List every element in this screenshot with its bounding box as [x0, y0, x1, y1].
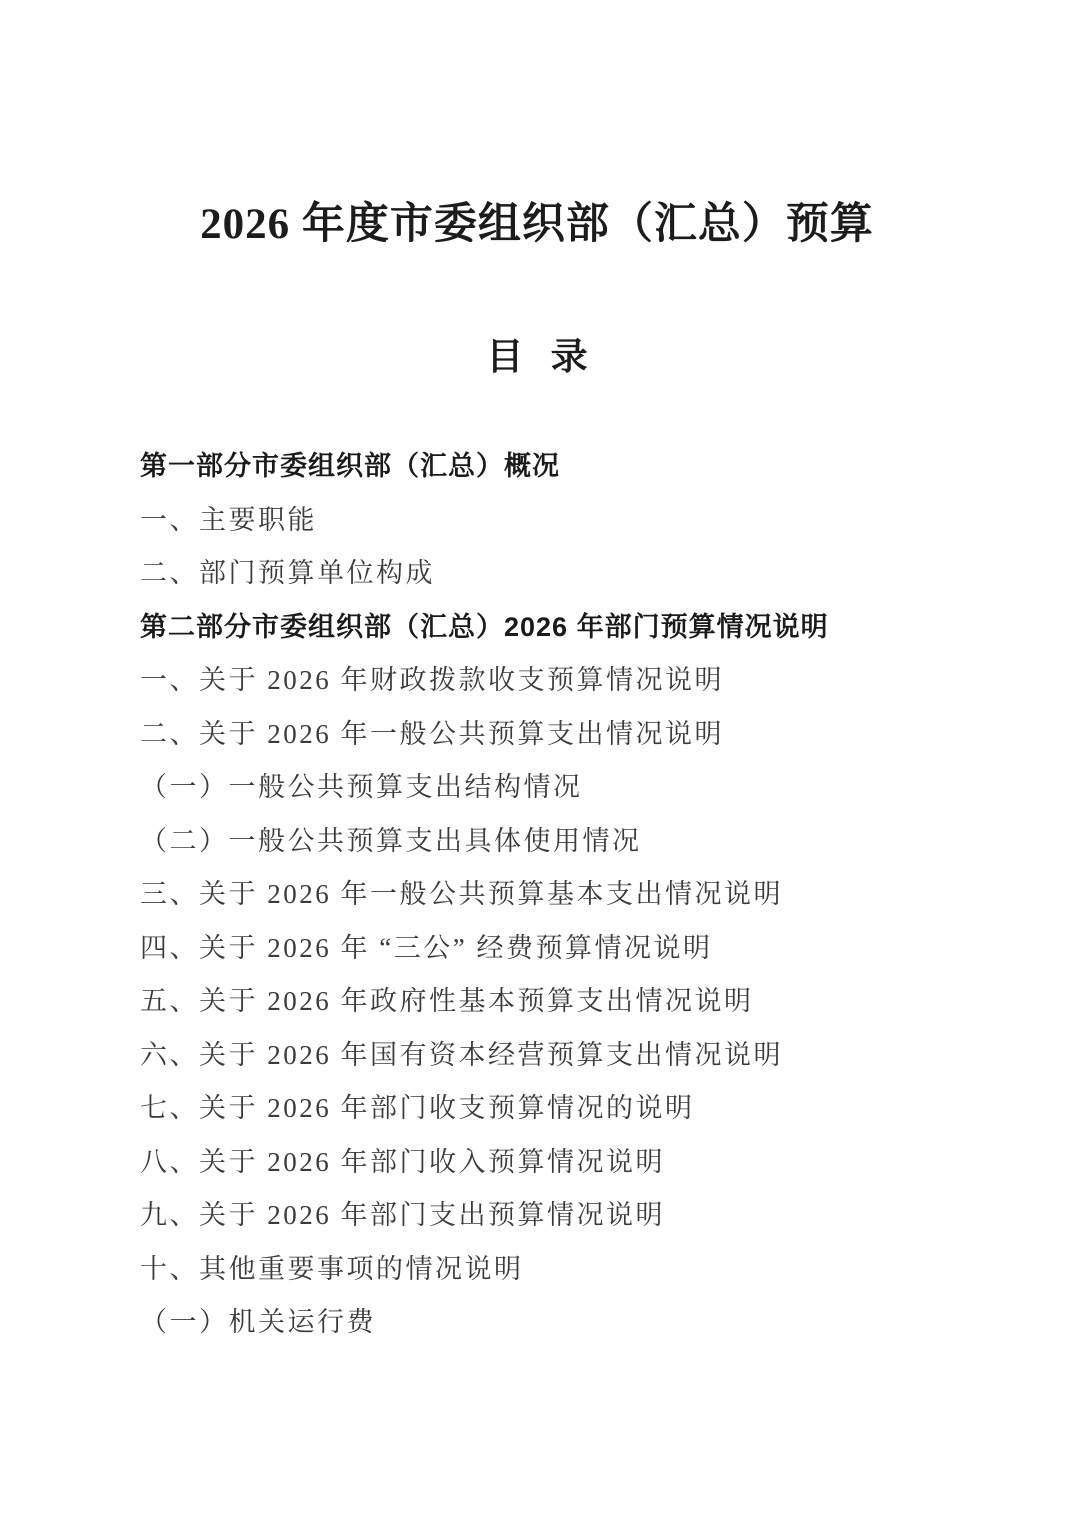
- toc-item: 六、关于 2026 年国有资本经营预算支出情况说明: [140, 1029, 974, 1083]
- toc-sub-item: （一）机关运行费: [140, 1296, 974, 1350]
- document-title: 2026 年度市委组织部（汇总）预算: [0, 190, 1074, 251]
- document-page: 2026 年度市委组织部（汇总）预算 目 录 第一部分市委组织部（汇总）概况 一…: [0, 0, 1074, 1520]
- toc-item: 九、关于 2026 年部门支出预算情况说明: [140, 1189, 974, 1243]
- toc-item: 八、关于 2026 年部门收入预算情况说明: [140, 1136, 974, 1190]
- toc-part-heading: 第一部分市委组织部（汇总）概况: [140, 440, 974, 494]
- toc-item: 二、部门预算单位构成: [140, 547, 974, 601]
- toc-item: 十、其他重要事项的情况说明: [140, 1243, 974, 1297]
- toc-sub-item: （一）一般公共预算支出结构情况: [140, 761, 974, 815]
- toc-list: 第一部分市委组织部（汇总）概况 一、主要职能 二、部门预算单位构成 第二部分市委…: [140, 440, 974, 1350]
- toc-item: 五、关于 2026 年政府性基本预算支出情况说明: [140, 975, 974, 1029]
- toc-item: 四、关于 2026 年 “三公” 经费预算情况说明: [140, 922, 974, 976]
- toc-item: 一、关于 2026 年财政拨款收支预算情况说明: [140, 654, 974, 708]
- toc-sub-item: （二）一般公共预算支出具体使用情况: [140, 815, 974, 869]
- toc-item: 一、主要职能: [140, 494, 974, 548]
- toc-item: 二、关于 2026 年一般公共预算支出情况说明: [140, 708, 974, 762]
- toc-heading: 目 录: [0, 326, 1074, 380]
- toc-part-heading: 第二部分市委组织部（汇总）2026 年部门预算情况说明: [140, 601, 974, 655]
- toc-item: 七、关于 2026 年部门收支预算情况的说明: [140, 1082, 974, 1136]
- toc-item: 三、关于 2026 年一般公共预算基本支出情况说明: [140, 868, 974, 922]
